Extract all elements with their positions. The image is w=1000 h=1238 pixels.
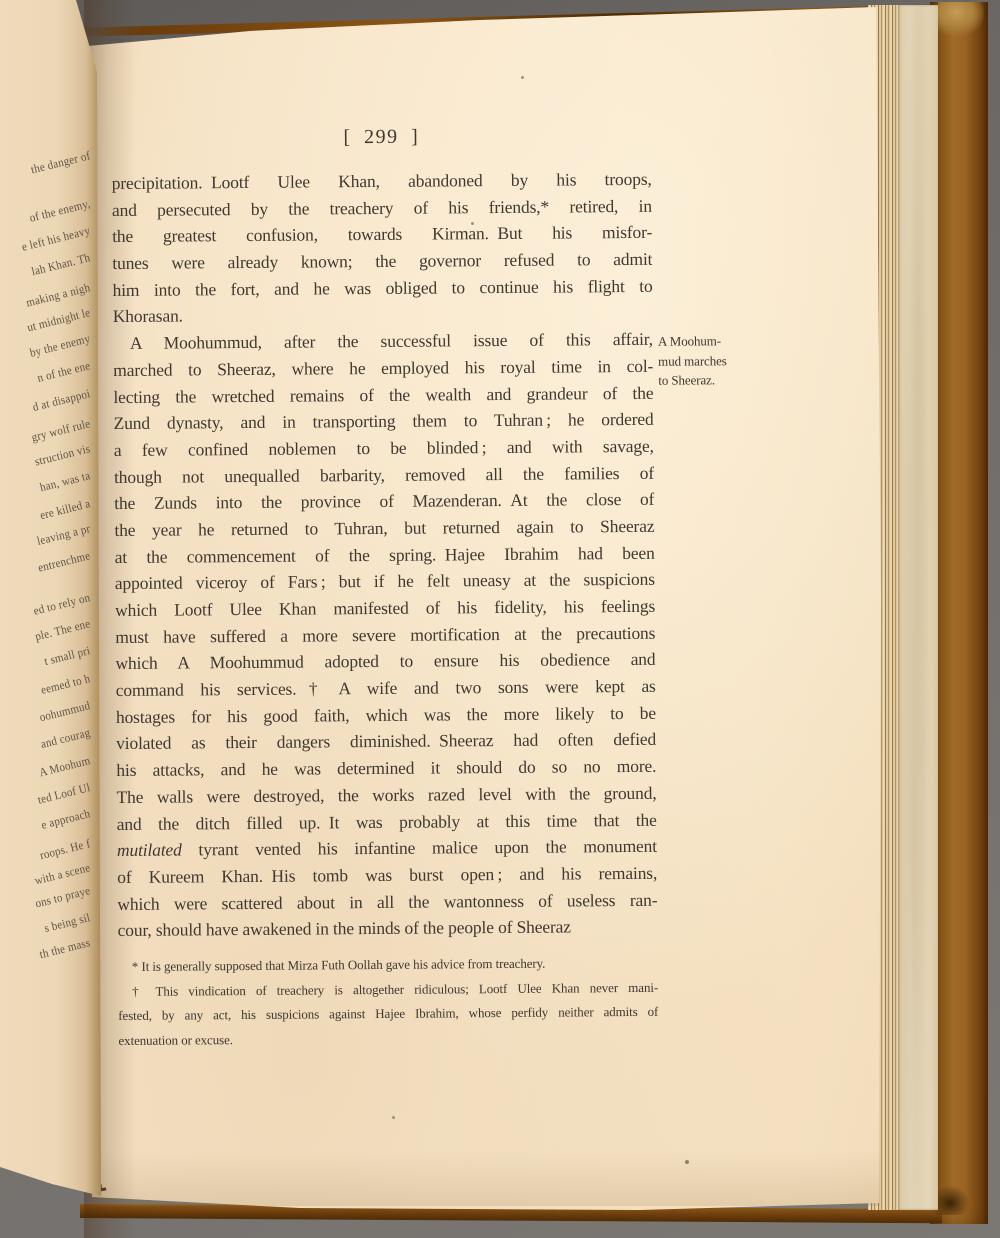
footnote-line: fested, by any act, his suspicions again… — [118, 1000, 658, 1029]
margin-note-line: to Sheeraz. — [658, 370, 770, 390]
text-line: and the ditch filled up. It was probably… — [117, 806, 657, 837]
text-line: at the commencement of the spring. Hajee… — [115, 539, 655, 570]
text-line: cour, should have awakened in the minds … — [117, 913, 657, 944]
text-line: which were scattered about in all the wa… — [117, 886, 657, 917]
margin-note-line: mud marches — [658, 350, 770, 370]
text-line: a few confined noblemen to be blinded ; … — [114, 433, 654, 464]
body-text: precipitation. Lootf Ulee Khan, abandone… — [112, 166, 658, 944]
text-line: The walls were destroyed, the works raze… — [116, 780, 656, 811]
text-line: precipitation. Lootf Ulee Khan, abandone… — [112, 166, 652, 197]
text-line: marched to Sheeraz, where he employed hi… — [113, 353, 653, 384]
text-line: lecting the wretched remains of the weal… — [113, 379, 653, 410]
printed-text-layer: [ 299 ] precipitation. Lootf Ulee Khan, … — [0, 0, 1000, 1238]
text-line: appointed viceroy of Fars ; but if he fe… — [115, 566, 655, 597]
facing-page-text-fragment: the danger of — [0, 148, 92, 189]
margin-note-line: A Moohum- — [658, 331, 770, 351]
text-line: violated as their dangers diminished. Sh… — [116, 726, 656, 757]
text-line: command his services.† A wife and two so… — [116, 673, 656, 704]
text-line: mutilated tyrant vented his infantine ma… — [117, 833, 657, 864]
italic-word: mutilated — [117, 840, 182, 861]
facing-page-edge: the danger of of the enemy, e left his h… — [0, 0, 104, 1238]
text-line: the greatest confusion, towards Kirman. … — [112, 219, 652, 250]
text-line: must have suffered a more severe mortifi… — [115, 619, 655, 650]
text-line: of Kureem Khan. His tomb was burst open … — [117, 860, 657, 891]
footnote-block: * It is generally supposed that Mirza Fu… — [118, 951, 659, 1054]
text-line: his attacks, and he was determined it sh… — [116, 753, 656, 784]
page-number: [ 299 ] — [111, 124, 651, 151]
text-line: which Lootf Ulee Khan manifested of his … — [115, 593, 655, 624]
margin-note: A Moohum- mud marches to Sheeraz. — [658, 331, 770, 390]
text-line: Zund dynasty, and in transporting them t… — [114, 406, 654, 437]
text-line: hostages for his good faith, which was t… — [116, 700, 656, 731]
text-line-rest: tyrant vented his infantine malice upon … — [198, 836, 657, 860]
text-line: him into the fort, and he was obliged to… — [112, 273, 652, 304]
footnote-line: extenuation or excuse. — [118, 1025, 658, 1054]
text-line: which A Moohummud adopted to ensure his … — [115, 646, 655, 677]
text-line: Khorasan. — [113, 299, 653, 330]
book-photo: [ 299 ] precipitation. Lootf Ulee Khan, … — [0, 0, 1000, 1238]
text-line: tunes were already known; the governor r… — [112, 246, 652, 277]
text-line: the year he returned to Tuhran, but retu… — [114, 513, 654, 544]
text-line: and persecuted by the treachery of his f… — [112, 192, 652, 223]
text-line: the Zunds into the province of Mazendera… — [114, 486, 654, 517]
text-line: though not unequalled barbarity, removed… — [114, 459, 654, 490]
text-line: A Moohummud, after the successful issue … — [113, 326, 653, 357]
